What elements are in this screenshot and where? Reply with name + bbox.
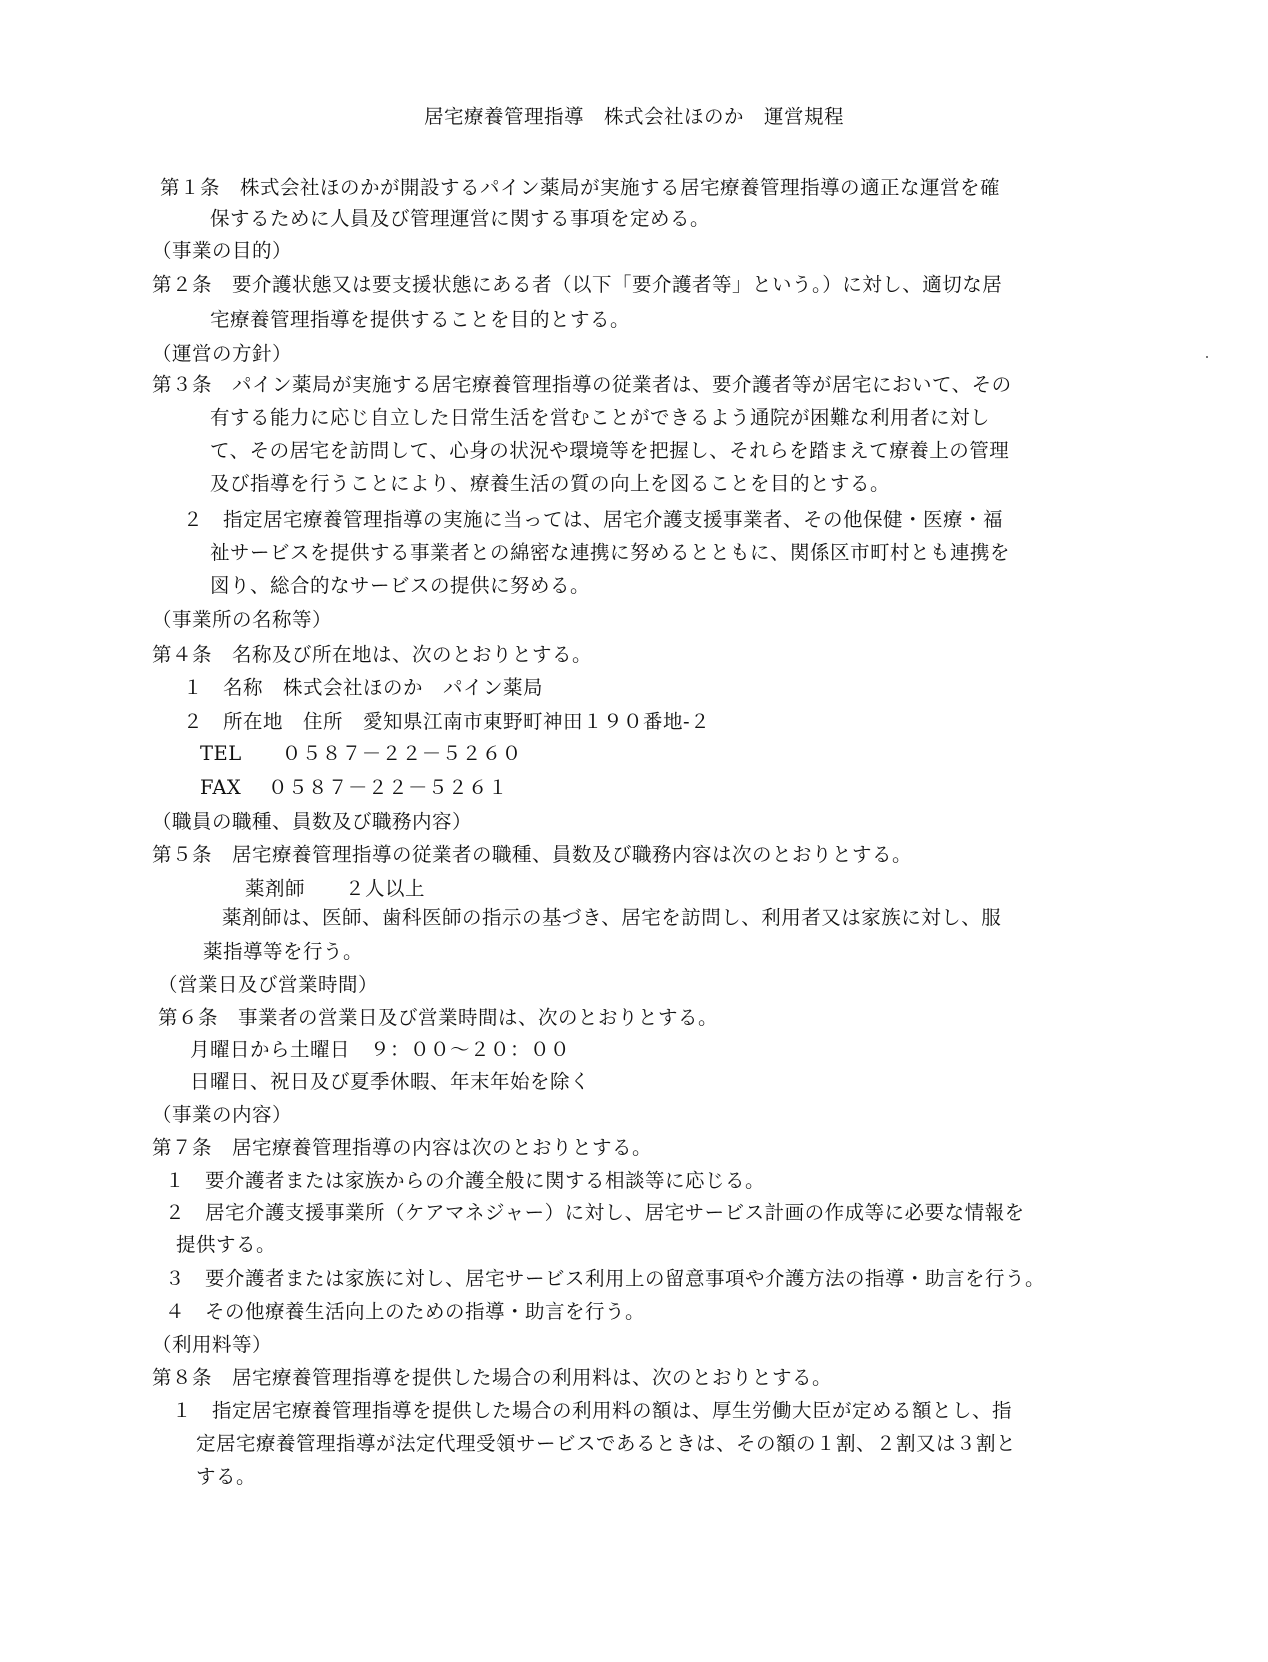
document-line: 有する能力に応じ自立した日常生活を営むことができるよう通院が困難な利用者に対し <box>210 406 990 430</box>
document-line: 第８条 居宅療養管理指導を提供した場合の利用料は、次のとおりとする。 <box>152 1366 832 1390</box>
document-line: １ 名称 株式会社ほのか パイン薬局 <box>183 676 543 700</box>
document-line: て、その居宅を訪問して、心身の状況や環境等を把握し、それらを踏まえて療養上の管理 <box>210 439 1009 463</box>
document-line: 宅療養管理指導を提供することを目的とする。 <box>210 308 630 332</box>
document-line: 月曜日から土曜日 ９：００～２０：００ <box>190 1038 570 1062</box>
document-line: 第２条 要介護状態又は要支援状態にある者（以下「要介護者等」という。）に対し、適… <box>152 273 1002 297</box>
scan-speck <box>1206 356 1208 358</box>
document-line: TEL ０５８７－２２－５２６０ <box>200 742 522 766</box>
document-line: する。 <box>196 1465 256 1489</box>
document-line: 第１条 株式会社ほのかが開設するパイン薬局が実施する居宅療養管理指導の適正な運営… <box>160 176 1000 200</box>
document-line: 薬剤師は、医師、歯科医師の指示の基づき、居宅を訪問し、利用者又は家族に対し、服 <box>222 906 1001 930</box>
document-line: 第５条 居宅療養管理指導の従業者の職種、員数及び職務内容は次のとおりとする。 <box>152 843 912 867</box>
document-line: （事業の目的） <box>152 239 292 263</box>
document-line: 日曜日、祝日及び夏季休暇、年末年始を除く <box>190 1070 590 1094</box>
document-line: ２ 指定居宅療養管理指導の実施に当っては、居宅介護支援事業者、その他保健・医療・… <box>183 508 1003 532</box>
document-line: １ 要介護者または家族からの介護全般に関する相談等に応じる。 <box>165 1169 765 1193</box>
document-line: 提供する。 <box>176 1233 276 1257</box>
document-line: （利用料等） <box>152 1333 272 1357</box>
document-line: 第３条 パイン薬局が実施する居宅療養管理指導の従業者は、要介護者等が居宅において… <box>152 373 1012 397</box>
document-line: 薬指導等を行う。 <box>203 940 363 964</box>
document-line: １ 指定居宅療養管理指導を提供した場合の利用料の額は、厚生労働大臣が定める額とし… <box>172 1399 1012 1423</box>
document-line: （事業の内容） <box>152 1103 292 1127</box>
document-line: （職員の職種、員数及び職務内容） <box>152 810 472 834</box>
document-line: （事業所の名称等） <box>152 608 332 632</box>
document-line: ３ 要介護者または家族に対し、居宅サービス利用上の留意事項や介護方法の指導・助言… <box>165 1267 1045 1291</box>
document-line: 祉サービスを提供する事業者との綿密な連携に努めるとともに、関係区市町村とも連携を <box>210 541 1010 565</box>
document-line: （営業日及び営業時間） <box>158 973 378 997</box>
document-line: ２ 居宅介護支援事業所（ケアマネジャー）に対し、居宅サービス計画の作成等に必要な… <box>165 1201 1025 1225</box>
document-line: 図り、総合的なサービスの提供に努める。 <box>210 574 590 598</box>
document-line: FAX ０５８７－２２－５２６１ <box>200 776 508 800</box>
document-line: 及び指導を行うことにより、療養生活の質の向上を図ることを目的とする。 <box>210 472 890 496</box>
document-line: 第６条 事業者の営業日及び営業時間は、次のとおりとする。 <box>158 1006 718 1030</box>
document-line: ２ 所在地 住所 愛知県江南市東野町神田１９０番地-２ <box>183 710 710 734</box>
document-line: 薬剤師 ２人以上 <box>245 877 425 901</box>
document-line: 第７条 居宅療養管理指導の内容は次のとおりとする。 <box>152 1136 652 1160</box>
document-title: 居宅療養管理指導 株式会社ほのか 運営規程 <box>0 105 1268 129</box>
document-line: ４ その他療養生活向上のための指導・助言を行う。 <box>165 1300 645 1324</box>
document-line: （運営の方針） <box>152 342 292 366</box>
document-line: 第４条 名称及び所在地は、次のとおりとする。 <box>152 643 592 667</box>
document-line: 保するために人員及び管理運営に関する事項を定める。 <box>210 207 710 231</box>
document-line: 定居宅療養管理指導が法定代理受領サービスであるときは、その額の１割、２割又は３割… <box>196 1432 1016 1456</box>
